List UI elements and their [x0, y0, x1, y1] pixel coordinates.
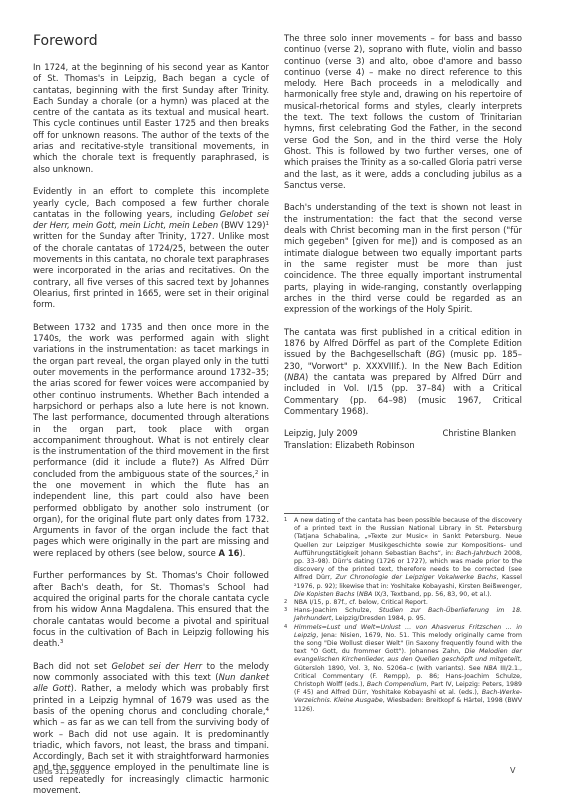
footnote-number: 1: [284, 516, 287, 524]
citation-title: Zur Chronologie der Leipziger Vokalwerke…: [336, 574, 497, 581]
citation-title: Bach-Jahrbuch: [456, 550, 502, 557]
text: ) the cantata was prepared by Alfred Dür…: [284, 372, 522, 416]
citation-title: Die Kopisten Bachs: [294, 591, 355, 598]
footnote-ref[interactable]: 4: [266, 707, 270, 713]
footnote-ref[interactable]: 1: [266, 221, 270, 227]
signoff-left: Leipzig, July 2009 Translation: Elizabet…: [284, 428, 415, 451]
paragraph: Between 1732 and 1735 and then once more…: [33, 322, 269, 559]
translator: Translation: Elizabeth Robinson: [284, 440, 415, 451]
footnote-number: 4: [284, 623, 287, 631]
citation-title: Bach Compendium: [367, 681, 427, 688]
text: NBA I/15, p. 87f., cf. below, Critical R…: [294, 599, 428, 606]
place-date: Leipzig, July 2009: [284, 428, 415, 439]
footnote-3: 3Hans-Joachim Schulze, Studien zur Bach-…: [284, 607, 522, 623]
abbrev: BG: [430, 349, 442, 359]
text: Further performances by St. Thomas's Cho…: [33, 570, 269, 648]
footnote-4: 4Himmels=Lust und Welt=Unlust … von Ahas…: [284, 624, 522, 714]
text: , Leipzig/Dresden 1984, p. 95.: [331, 615, 426, 622]
paragraph: Bach's understanding of the text is show…: [284, 202, 522, 315]
footnote-divider: [284, 513, 340, 514]
abbrev: NBA: [359, 591, 372, 598]
footnote-number: 2: [284, 598, 287, 606]
paragraph: Evidently in an effort to complete this …: [33, 186, 269, 310]
text: Bach did not set: [33, 661, 112, 671]
author-name: Christine Blanken: [442, 428, 522, 451]
paragraph: The cantata was first published in a cri…: [284, 327, 522, 417]
paragraph: The three solo inner movements – for bas…: [284, 33, 522, 191]
abbrev: NBA: [484, 665, 497, 672]
text: (BWV 129): [218, 220, 265, 230]
footnotes: 1A new dating of the cantata has been po…: [284, 517, 522, 714]
text: ).: [240, 548, 246, 558]
footnote-2: 2NBA I/15, p. 87f., cf. below, Critical …: [284, 599, 522, 607]
footnote-ref[interactable]: 3: [60, 639, 64, 645]
signoff: Leipzig, July 2009 Translation: Elizabet…: [284, 428, 522, 451]
text: which – as far as we can tell from the s…: [33, 717, 269, 795]
footnote-number: 3: [284, 606, 287, 614]
left-column: In 1724, at the beginning of his second …: [33, 62, 269, 800]
right-column: The three solo inner movements – for bas…: [284, 33, 522, 451]
text: Hans-Joachim Schulze,: [294, 607, 379, 614]
catalog-number: Carus 31.129/03: [33, 768, 89, 776]
page-number: V: [510, 766, 515, 775]
abbrev: NBA: [287, 372, 305, 382]
text: in the one move­ment in which the flute …: [33, 469, 269, 558]
page-title: Foreword: [33, 33, 98, 50]
paragraph: In 1724, at the beginning of his second …: [33, 62, 269, 175]
paragraph: Further performances by St. Thomas's Cho…: [33, 570, 269, 649]
text: written for the Sun­day after Trinity, 1…: [33, 231, 269, 309]
cantata-title: Gelobet sei der Herr: [112, 661, 203, 671]
source-ref: A 16: [218, 548, 239, 558]
text: Between 1732 and 1735 and then once more…: [33, 322, 269, 479]
text: IX/3, Textband, pp. 56, 83, 90, et al.).: [372, 591, 491, 598]
footnote-1: 1A new dating of the cantata has been po…: [284, 517, 522, 599]
